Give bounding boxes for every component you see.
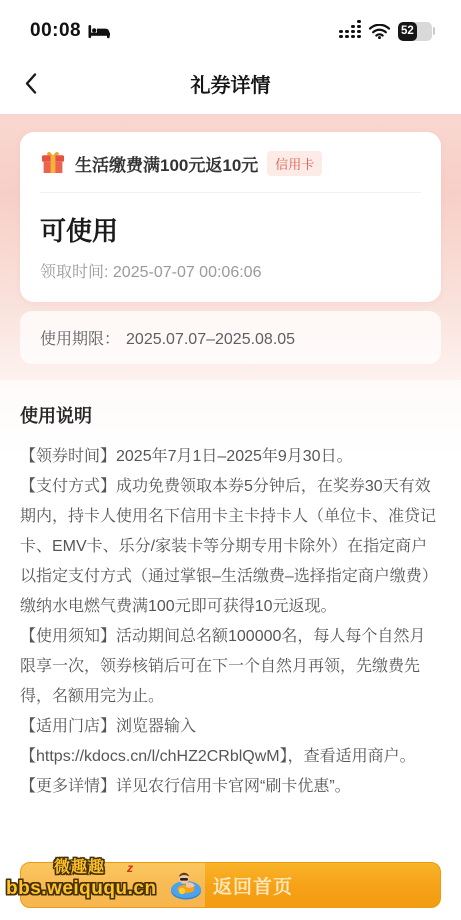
validity-value: 2025.07.07–2025.08.05 <box>126 331 295 348</box>
navigation-header: 礼券详情 <box>0 52 461 114</box>
instructions-heading: 使用说明 <box>20 402 441 428</box>
back-to-home-label: 返回首页 <box>213 872 293 899</box>
back-button[interactable] <box>14 66 48 100</box>
divider <box>40 192 421 193</box>
cellular-signal-icon <box>339 24 361 38</box>
wifi-icon <box>369 24 390 39</box>
coupon-card: 生活缴费满100元返10元 信用卡 可使用 领取时间: 2025-07-07 0… <box>20 132 441 302</box>
usage-instructions-section: 使用说明 【领券时间】2025年7月1日–2025年9月30日。【支付方式】成功… <box>0 380 461 812</box>
instructions-body: 【领券时间】2025年7月1日–2025年9月30日。【支付方式】成功免费领取本… <box>20 442 441 802</box>
instruction-paragraph: 【领券时间】2025年7月1日–2025年9月30日。 <box>20 442 441 472</box>
person-on-float-icon <box>168 869 204 901</box>
status-bar: 00:08 5 <box>0 0 461 52</box>
clock: 00:08 <box>30 20 81 42</box>
instruction-paragraph: 【适用门店】浏览器输入【https://kdocs.cn/l/chHZ2CRbl… <box>20 712 441 772</box>
bed-icon <box>88 24 110 39</box>
instruction-paragraph: 【使用须知】活动期间总名额100000名，每人每个自然月限享一次，领券核销后可在… <box>20 622 441 712</box>
validity-bar: 使用期限：2025.07.07–2025.08.05 <box>20 311 441 364</box>
instruction-paragraph: 【支付方式】成功免费领取本券5分钟后，在奖券30天有效期内，持卡人使用名下信用卡… <box>20 472 441 622</box>
battery-percent: 52 <box>398 22 418 41</box>
back-to-home-button[interactable]: 返回首页 <box>20 862 441 908</box>
chevron-left-icon <box>25 73 37 94</box>
page-title: 礼券详情 <box>191 69 271 98</box>
coupon-title: 生活缴费满100元返10元 <box>75 151 258 176</box>
instruction-paragraph: 【更多详情】详见农行信用卡官网“刷卡优惠”。 <box>20 772 441 802</box>
coupon-status: 可使用 <box>40 211 421 248</box>
credit-card-badge: 信用卡 <box>267 151 322 176</box>
battery-icon: 52 <box>398 22 436 41</box>
claim-time: 领取时间: 2025-07-07 00:06:06 <box>40 259 421 282</box>
validity-label: 使用期限： <box>40 331 120 348</box>
coupon-hero-section: 生活缴费满100元返10元 信用卡 可使用 领取时间: 2025-07-07 0… <box>0 114 461 380</box>
gift-icon <box>40 150 66 176</box>
